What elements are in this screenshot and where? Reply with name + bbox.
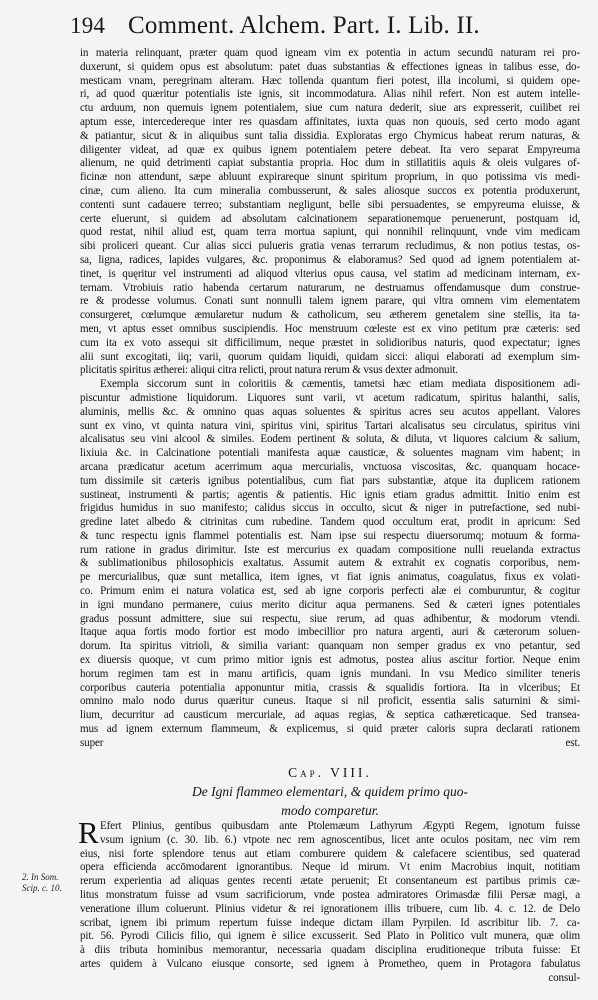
text-line: pe mercurialibus, quæ sunt metallica, it… <box>80 571 580 585</box>
text-line: Efert Plinius, gentibus quibusdam ante P… <box>80 820 580 834</box>
text-line: lium, decurritur ad causticum mercuriale… <box>80 709 580 723</box>
text-line: super est. <box>80 737 580 751</box>
text-line: frigidus humidus in suo manifesto; calid… <box>80 502 580 516</box>
chapter-heading: Cap. VIII. De Igni flammeo elementari, &… <box>80 764 580 820</box>
text-line: cinæ, cum alieno. Ita cum mineralia comb… <box>80 185 580 199</box>
text-line: sunt ex vino, vt quinta natura vini, spi… <box>80 420 580 434</box>
body-text: in materia relinquant, præter quam quod … <box>80 47 580 764</box>
text-line: ctu arduum, non quemuis ignem potentiale… <box>80 102 580 116</box>
text-line: plicitatis spiritus ætherei: aliqui citr… <box>80 364 580 378</box>
text-line: in igni mundano permanere, cuius merito … <box>80 599 580 613</box>
running-head: 194Comment. Alchem. Part. I. Lib. II. <box>70 12 590 40</box>
text-line: scribat, ignem ibi primum repertum fuiss… <box>80 917 580 931</box>
text-line: & sublimationibus philosophicis exaltatu… <box>80 557 580 571</box>
text-line: certe eluerunt, si quidem ad absolutam c… <box>80 213 580 227</box>
text-line: & patiantur, sicut & in aliquibus sunt t… <box>80 130 580 144</box>
page-number: 194 <box>70 13 128 39</box>
text-line: eius, nisi forte splendore tenus aut eti… <box>80 848 580 862</box>
book-page: 194Comment. Alchem. Part. I. Lib. II. in… <box>0 0 598 1000</box>
text-line: men, vt aptus esset omnibus suscipiendis… <box>80 323 580 337</box>
text-line: dorum. Ita spiritus vitrioli, & similia … <box>80 640 580 654</box>
text-line: arcana prædicatur acetum acerrimum aqua … <box>80 461 580 475</box>
chapter-title-line: De Igni flammeo elementari, & quidem pri… <box>80 782 580 801</box>
text-line: consurgeret, cœlumque æmularetur nudum &… <box>80 309 580 323</box>
text-line <box>80 751 580 765</box>
text-line: litus monstratum fuisse ad vsum sacrific… <box>80 889 580 903</box>
text-line: & tunc respectu ignis flammei potentiali… <box>80 530 580 544</box>
marginal-note-line: 2. In Som. <box>22 872 62 883</box>
text-line: sustineat, instrumenti & partis; agentis… <box>80 489 580 503</box>
text-line: alienum, ne quid detrimenti capiat subst… <box>80 157 580 171</box>
text-line: veneratione illum coluerunt. Plinius vid… <box>80 903 580 917</box>
text-line: re & prodesse volumus. Conati sunt nonnu… <box>80 295 580 309</box>
text-line: Exempla siccorum sunt in coloritiis & cæ… <box>80 378 580 392</box>
text-line: quod restat, nihil aliud est, quam terra… <box>80 226 580 240</box>
text-line: mesticam vnam, peregrinam alteram. Hæc t… <box>80 75 580 89</box>
text-line: ternam. Vtrobiuis ratio habenda certarum… <box>80 282 580 296</box>
text-line: mus ad ignem externum flammeum, & explic… <box>80 723 580 737</box>
drop-cap: R <box>78 819 99 847</box>
text-line: vsum ignium (c. 30. lib. 6.) vtpote nec … <box>80 834 580 848</box>
text-line: alcalisatus seu vini alcool & similes. E… <box>80 433 580 447</box>
text-line: rum ratione in gradus dirimitur. Iste es… <box>80 544 580 558</box>
text-line: opera efficienda accōmodarent ignorantib… <box>80 861 580 875</box>
text-line: rerum experientia ad aliquas gentes rece… <box>80 875 580 889</box>
chapter-text: R Efert Plinius, gentibus quibusdam ante… <box>80 820 580 986</box>
text-line: cum ita ex voto assequi sit difficilimum… <box>80 337 580 351</box>
marginal-note: 2. In Som. Scip. c. 10. <box>22 872 62 894</box>
text-line: horum regimen tam est in manu artificis,… <box>80 668 580 682</box>
text-line: gradus possunt admittere, siue sui respe… <box>80 613 580 627</box>
text-line: tinet, is quęritur vel instrumenti ad al… <box>80 268 580 282</box>
text-line: gredine latet albedo & citrinitas cum ru… <box>80 516 580 530</box>
text-line: à diis tributa hominibus memorantur, nec… <box>80 944 580 958</box>
text-line: alii sunt excogitati, iiq; varii, quorum… <box>80 351 580 365</box>
text-line: Itaque aqua fortis modo fortior est modo… <box>80 626 580 640</box>
text-line: ficinæ non attendunt, sæpe abluunt expir… <box>80 171 580 185</box>
marginal-note-line: Scip. c. 10. <box>22 883 62 894</box>
text-line: aptum esse, intercedereque inter res qua… <box>80 116 580 130</box>
text-line: duxerunt, si quidem opus est absolutum: … <box>80 61 580 75</box>
chapter-number: Cap. VIII. <box>80 764 580 782</box>
text-line: piscuntur admistione liquidorum. Liquore… <box>80 392 580 406</box>
chapter-title-line: modo comparetur. <box>80 801 580 820</box>
text-line: lixiuia &c. in Calcinatione potentiali m… <box>80 447 580 461</box>
text-line: sibi proliceri queant. Cur alias sicci p… <box>80 240 580 254</box>
running-title: Comment. Alchem. Part. I. Lib. II. <box>128 12 480 39</box>
text-line: ex diuersis quoque, vt cum primo mitior … <box>80 654 580 668</box>
text-line: omnino malo nodo durus quæritur cuneus. … <box>80 695 580 709</box>
text-line: co. Primum enim ei natura volatica est, … <box>80 585 580 599</box>
text-line: in materia relinquant, præter quam quod … <box>80 47 580 61</box>
text-line: corporibus cauteria potentialia apponunt… <box>80 682 580 696</box>
text-line: sa, ligna, radices, lapides vulgares, &c… <box>80 254 580 268</box>
text-line: aluminis, mellis &c. & omnino quas aquas… <box>80 406 580 420</box>
text-line: ri, ad quod quæritur potentialis iste ig… <box>80 88 580 102</box>
text-line: artes quidem à Vulcano eiusque consorte,… <box>80 958 580 972</box>
text-line: contenti sunt cadauere terreo; substanti… <box>80 199 580 213</box>
text-line: pit. 56. Pyrodi Cilicis filio, qui ignem… <box>80 930 580 944</box>
text-line: tum dissimile sit cæteris ignibus potent… <box>80 475 580 489</box>
catchword: consul- <box>80 972 580 986</box>
text-line: diligenter videat, ad quæ ex quibus igne… <box>80 144 580 158</box>
